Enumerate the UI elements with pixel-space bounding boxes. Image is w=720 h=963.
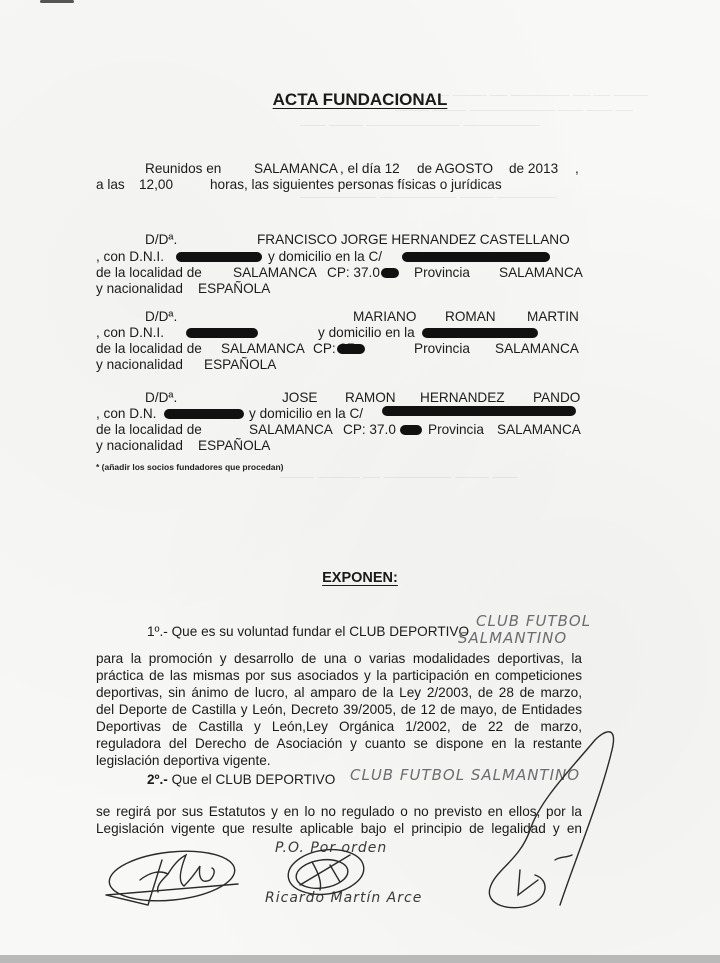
redacted-dni <box>186 328 258 338</box>
nacionalidad-value: ESPAÑOLA <box>198 281 270 297</box>
provincia-label: Provincia <box>428 422 484 438</box>
localidad-label: de la localidad de <box>96 341 202 357</box>
signature-1 <box>106 846 238 907</box>
redacted-cp <box>381 268 399 278</box>
intro-time-prefix: a las <box>96 177 125 193</box>
founder-name-part: PANDO <box>533 390 580 406</box>
intro-day: , el día 12 <box>340 161 400 177</box>
bleed-through-text: ─── ──── ─────────── ───────── <box>300 118 540 132</box>
document-title: ACTA FUNDACIONAL <box>0 90 720 110</box>
localidad-label: de la localidad de <box>96 265 202 281</box>
point2-number: 2º.- <box>147 772 168 787</box>
signature-text-top: P.O. Por orden <box>275 840 387 856</box>
provincia-label: Provincia <box>414 341 470 357</box>
founders-note: * (añadir los socios fundadores que proc… <box>96 462 284 472</box>
founder-title: D/Dª. <box>145 232 177 248</box>
intro-year: de 2013 <box>509 161 558 177</box>
intro-comma: , <box>575 161 579 177</box>
localidad-value: SALAMANCA <box>221 341 305 357</box>
founder-name-part: HERNANDEZ <box>420 390 505 406</box>
provincia-value: SALAMANCA <box>499 265 583 281</box>
intro-prefix: Reunidos en <box>145 161 221 177</box>
paragraph-line: se regirá por sus Estatutos y en lo no r… <box>96 803 582 820</box>
localidad-value: SALAMANCA <box>249 422 333 438</box>
redacted-dni <box>164 409 244 419</box>
redacted-address <box>402 252 550 262</box>
nacionalidad-label: y nacionalidad <box>96 281 183 297</box>
founder-name-part: JOSE <box>282 390 318 406</box>
handwritten-club-name: CLUB FUTBOL SALMANTINO <box>350 766 580 784</box>
nacionalidad-label: y nacionalidad <box>96 438 183 454</box>
paragraph-line: del Deporte de Castilla y León, Decreto … <box>96 701 582 718</box>
scanned-page: ───── ─ ──── ── ─────── ── ── ──── ──── … <box>0 0 720 955</box>
dni-label: , con D.N. <box>96 406 156 422</box>
redacted-cp <box>337 344 365 354</box>
domicilio-label: y domicilio en la <box>318 325 415 341</box>
paragraph-line: reguladora del Derecho de Asociación y c… <box>96 735 582 752</box>
point2-body: se regirá por sus Estatutos y en lo no r… <box>96 803 582 837</box>
intro-city: SALAMANCA <box>254 161 338 177</box>
nacionalidad-value: ESPAÑOLA <box>198 438 270 454</box>
paragraph-line: práctica de las mismas por sus asociados… <box>96 667 582 684</box>
redacted-address <box>382 406 576 416</box>
nacionalidad-value: ESPAÑOLA <box>204 357 276 373</box>
dni-label: , con D.N.I. <box>96 325 164 341</box>
provincia-label: Provincia <box>414 265 470 281</box>
point1-body: para la promoción y desarrollo de una o … <box>96 650 582 769</box>
founder-title: D/Dª. <box>145 390 177 406</box>
paragraph-line: deportivas, sin ánimo de lucro, al ampar… <box>96 684 582 701</box>
founder-name-part: MARTIN <box>527 309 579 325</box>
redacted-cp <box>400 425 422 435</box>
founder-title: D/Dª. <box>145 309 177 325</box>
redacted-address <box>422 328 538 338</box>
founder-name-part: ROMAN <box>445 309 496 325</box>
domicilio-label: y domicilio en la C/ <box>268 249 382 265</box>
redacted-dni <box>176 252 262 262</box>
cp-label: CP: 37.0 <box>327 265 380 281</box>
provincia-value: SALAMANCA <box>497 422 581 438</box>
nacionalidad-label: y nacionalidad <box>96 357 183 373</box>
founder-name: FRANCISCO JORGE HERNANDEZ CASTELLANO <box>257 232 570 248</box>
cp-label: CP: 37.0 <box>343 422 396 438</box>
domicilio-label: y domicilio en la C/ <box>249 406 363 422</box>
point2-lead: 2º.- Que el CLUB DEPORTIVO <box>147 772 335 788</box>
provincia-value: SALAMANCA <box>495 341 579 357</box>
scan-bottom-edge <box>0 955 720 963</box>
founder-name-part: MARIANO <box>353 309 416 325</box>
localidad-value: SALAMANCA <box>233 265 317 281</box>
section-heading: EXPONEN: <box>0 570 720 586</box>
scan-mark <box>40 0 74 3</box>
intro-month: de AGOSTO <box>417 161 493 177</box>
signature-text-bottom: Ricardo Martín Arce <box>265 890 422 906</box>
bleed-through-text: ──── ───── ── ──────── ──── ─── <box>280 470 518 484</box>
point1-lead: 1º.- Que es su voluntad fundar el CLUB D… <box>147 624 469 640</box>
paragraph-line: Legislación vigente que resulte aplicabl… <box>96 820 582 837</box>
founder-name-part: RAMON <box>345 390 396 406</box>
intro-time-suffix: horas, las siguientes personas físicas o… <box>210 177 502 193</box>
paragraph-line: Deportivas de Castilla y León,Ley Orgáni… <box>96 718 582 735</box>
dni-label: , con D.N.I. <box>96 249 164 265</box>
handwritten-club-name: CLUB FUTBOL <box>476 612 591 630</box>
handwritten-club-name: SALMANTINO <box>458 629 567 647</box>
paragraph-line: para la promoción y desarrollo de una o … <box>96 650 582 667</box>
localidad-label: de la localidad de <box>96 422 202 438</box>
point2-text: Que el CLUB DEPORTIVO <box>168 772 335 787</box>
intro-time: 12,00 <box>139 177 173 193</box>
